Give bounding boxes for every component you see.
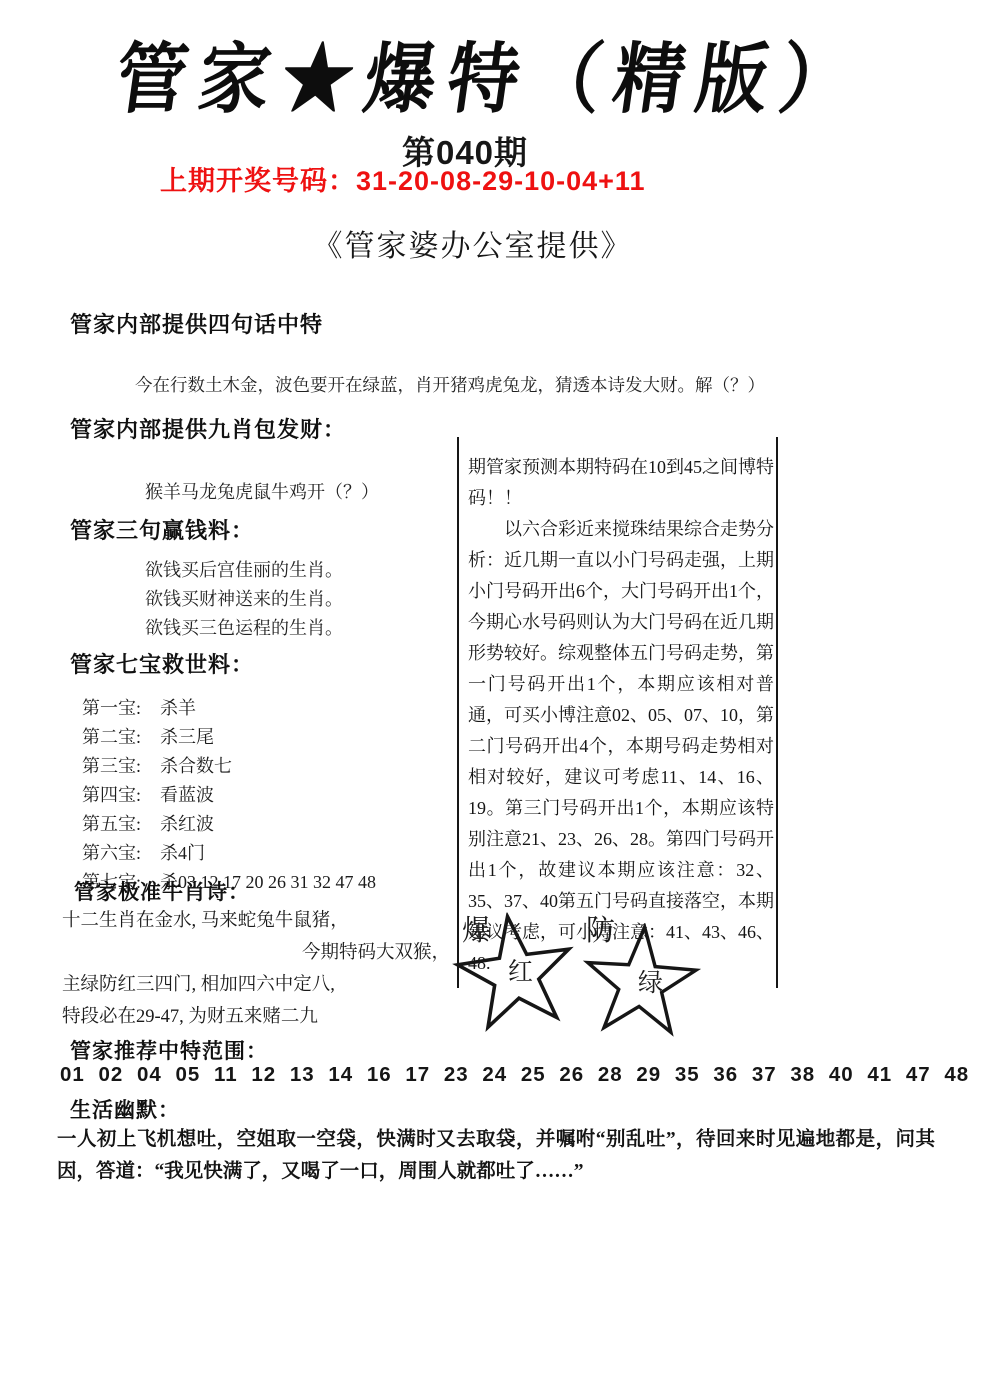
- tip-sheet-page: 管家★爆特（精版） 第040期 上期开奖号码：31-20-08-29-10-04…: [0, 0, 981, 1388]
- treasure-label: 第三宝:: [82, 752, 145, 781]
- ox-poem: 十二生肖在金水, 马来蛇兔牛鼠猪， 今期特码大双猴， 主绿防红三四门, 相加四六…: [62, 905, 450, 1033]
- prediction-analysis: 以六合彩近来搅珠结果综合走势分析：近几期一直以小门号码走强，上期小门号码开出6个…: [468, 514, 774, 979]
- prediction-lead: 期管家预测本期特码在10到45之间博特码！！: [468, 452, 774, 514]
- ox-poem-heading: 管家极准牛肖诗：: [74, 876, 250, 906]
- recommend-numbers: 01 02 04 05 11 12 13 14 16 17 23 24 25 2…: [60, 1063, 960, 1087]
- humor-heading: 生活幽默：: [70, 1094, 180, 1124]
- treasure-row: 第二宝:杀三尾: [82, 723, 376, 752]
- prediction-text: 期管家预测本期特码在10到45之间博特码！！ 以六合彩近来搅珠结果综合走势分析：…: [468, 452, 774, 979]
- last-draw-numbers: 上期开奖号码：31-20-08-29-10-04+11: [160, 159, 645, 198]
- treasure-row: 第一宝:杀羊: [82, 694, 376, 723]
- star-outside-label-left: 爆: [462, 908, 491, 949]
- star-inside-label-left: 红: [508, 952, 533, 988]
- treasure-value: 杀红波: [160, 810, 214, 839]
- three-sentence-lines: 欲钱买后宫佳丽的生肖。 欲钱买财神送来的生肖。 欲钱买三色运程的生肖。: [145, 556, 343, 643]
- treasure-label: 第二宝:: [82, 723, 145, 752]
- treasure-row: 第六宝:杀4门: [82, 839, 376, 868]
- seven-treasures-list: 第一宝:杀羊 第二宝:杀三尾 第三宝:杀合数七 第四宝:看蓝波 第五宝:杀红波 …: [82, 694, 376, 897]
- nine-zodiac-heading: 管家内部提供九肖包发财：: [70, 413, 346, 444]
- humor-body: 一人初上飞机想吐，空姐取一空袋，快满时又去取袋，并嘱咐“别乱吐”，待回来时见遍地…: [57, 1124, 935, 1188]
- treasure-value: 杀三尾: [160, 723, 214, 752]
- provider-line: 《管家婆办公室提供》: [0, 221, 945, 265]
- star-inside-label-right: 绿: [638, 963, 663, 999]
- money-line: 欲钱买后宫佳丽的生肖。: [145, 556, 343, 585]
- treasure-label: 第四宝:: [82, 781, 145, 810]
- seven-treasures-heading: 管家七宝救世料：: [70, 648, 254, 679]
- treasure-row: 第四宝:看蓝波: [82, 781, 376, 810]
- three-sentence-heading: 管家三句赢钱料：: [70, 514, 254, 545]
- poem-line: 主绿防红三四门, 相加四六中定八,: [62, 969, 450, 1001]
- treasure-value: 看蓝波: [160, 781, 214, 810]
- star-outside-label-right: 防: [586, 908, 615, 949]
- treasure-row: 第三宝:杀合数七: [82, 752, 376, 781]
- treasure-label: 第一宝:: [82, 694, 145, 723]
- treasure-label: 第六宝:: [82, 839, 145, 868]
- poem-line: 特段必在29-47, 为财五来赌二九: [62, 1001, 450, 1033]
- treasure-value: 杀羊: [160, 694, 196, 723]
- treasure-value: 杀合数七: [160, 752, 232, 781]
- masthead-title: 管家★爆特（精版）: [0, 18, 981, 128]
- treasure-row: 第五宝:杀红波: [82, 810, 376, 839]
- recommend-heading: 管家推荐中特范围：: [70, 1035, 268, 1065]
- treasure-value: 杀4门: [160, 839, 205, 868]
- money-line: 欲钱买财神送来的生肖。: [145, 585, 343, 614]
- poem-line: 今期特码大双猴，: [62, 937, 450, 969]
- treasure-label: 第五宝:: [82, 810, 145, 839]
- poem-line: 十二生肖在金水, 马来蛇兔牛鼠猪，: [62, 905, 450, 937]
- nine-zodiac-body: 猴羊马龙兔虎鼠牛鸡开（？）: [145, 478, 379, 504]
- four-sentence-heading: 管家内部提供四句话中特: [70, 308, 323, 339]
- four-sentence-body: 今在行数土木金，波色要开在绿蓝，肖开猪鸡虎兔龙，猜透本诗发大财。解（？）: [135, 372, 765, 397]
- money-line: 欲钱买三色运程的生肖。: [145, 614, 343, 643]
